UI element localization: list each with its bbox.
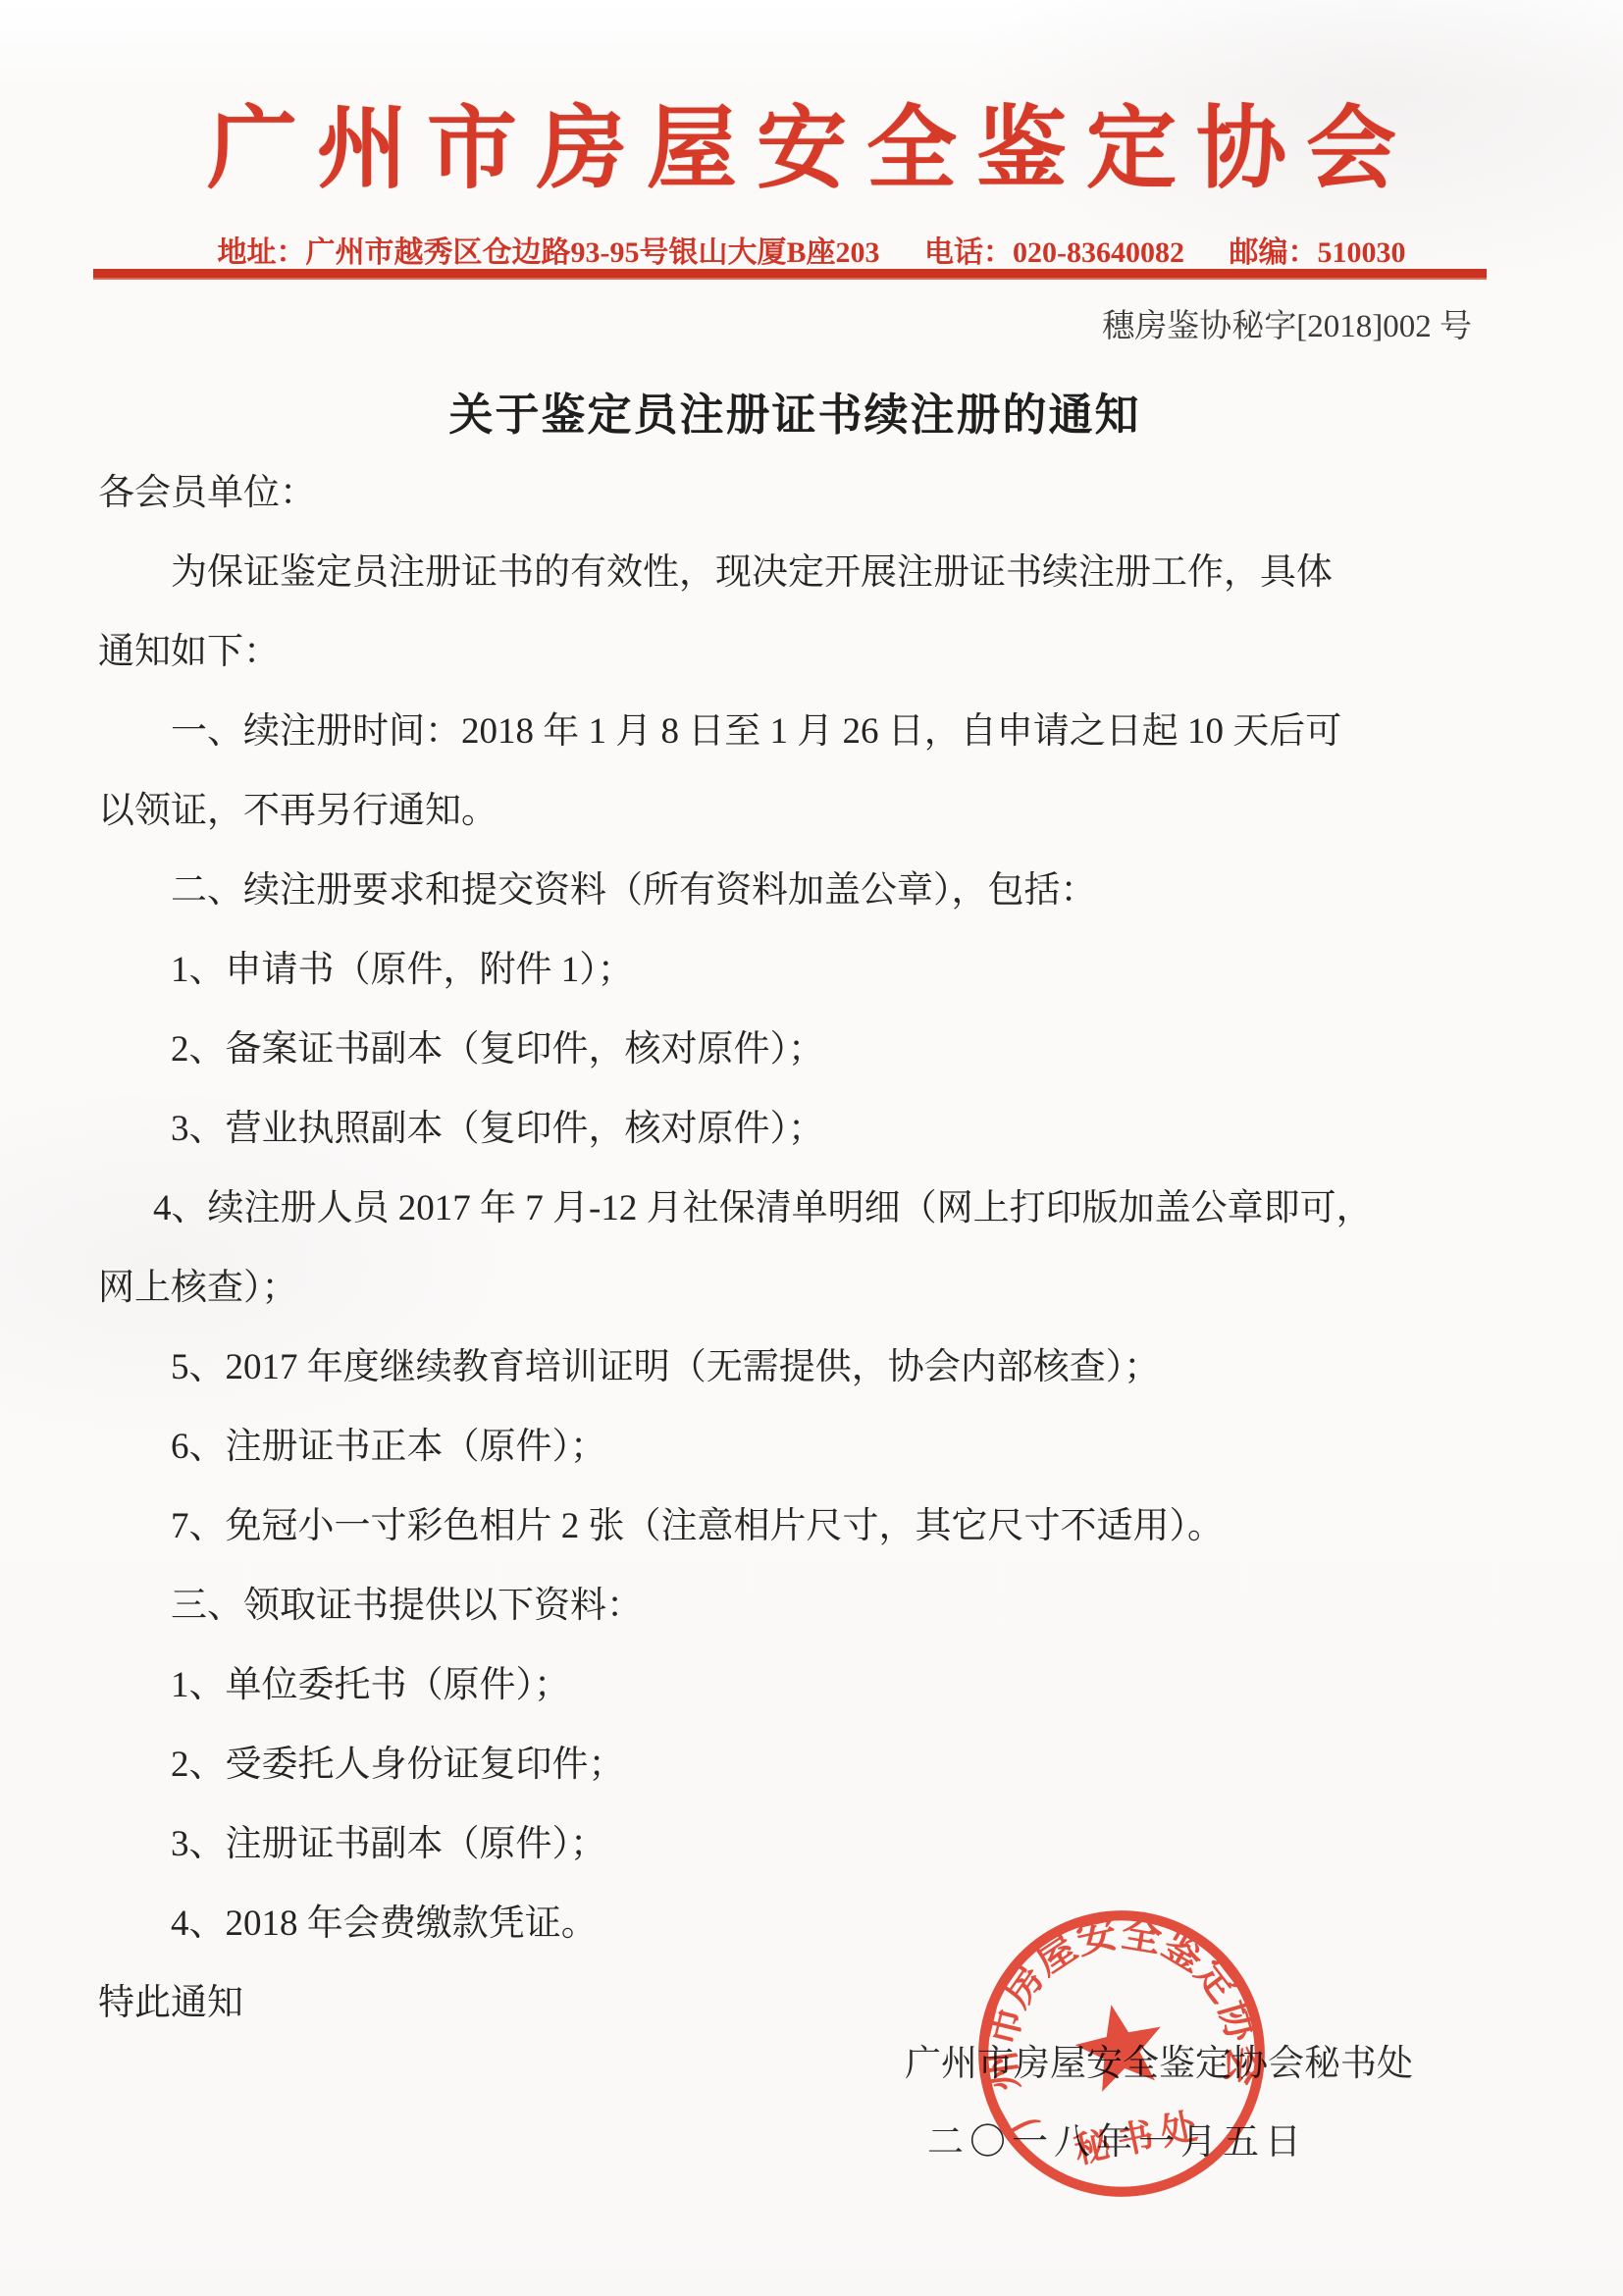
body-line: 5、2017 年度继续教育培训证明（无需提供，协会内部核查）； [98,1328,1492,1407]
body-line: 3、营业执照副本（复印件，核对原件）； [98,1089,1492,1169]
body-line: 1、单位委托书（原件）； [98,1645,1492,1725]
body-line: 4、2018 年会费缴款凭证。 [98,1884,1492,1963]
body-line: 1、申请书（原件，附件 1）； [98,930,1492,1010]
body-line: 4、续注册人员 2017 年 7 月-12 月社保清单明细（网上打印版加盖公章即… [98,1169,1492,1248]
letterhead-divider-rule [93,269,1487,280]
body-line: 一、续注册时间：2018 年 1 月 8 日至 1 月 26 日，自申请之日起 … [98,692,1492,771]
seal-bottom-text: 秘书处 [1071,2105,1208,2171]
body-line: 二、续注册要求和提交资料（所有资料加盖公章），包括： [98,851,1492,930]
body-line: 以领证，不再另行通知。 [98,771,1492,851]
body-line: 7、免冠小一寸彩色相片 2 张（注意相片尺寸，其它尺寸不适用）。 [98,1487,1492,1566]
official-seal: 广州市房屋安全鉴定协会 秘书处 [944,1876,1300,2232]
letterhead-phone: 电话：020-83640082 [924,228,1184,271]
closing-phrase: 特此通知 [98,1963,1492,2043]
body-line: 2、备案证书副本（复印件，核对原件）； [98,1010,1492,1089]
salutation: 各会员单位： [98,453,1492,533]
letterhead-contact-line: 地址：广州市越秀区仓边路93-95号银山大厦B座203 电话：020-83640… [0,228,1623,271]
doc-number: 穗房鉴协秘字[2018]002 号 [0,300,1472,346]
scanned-notice-page: { "letterhead": { "org_name": "广州市房屋安全鉴定… [0,0,1623,2296]
body-line: 网上核查）； [98,1248,1492,1328]
body-line: 三、领取证书提供以下资料： [98,1566,1492,1645]
letterhead-address: 地址：广州市越秀区仓边路93-95号银山大厦B座203 [218,228,880,271]
body-line: 2、受委托人身份证复印件； [98,1725,1492,1804]
body-line: 为保证鉴定员注册证书的有效性，现决定开展注册证书续注册工作，具体 [98,533,1492,612]
letterhead-postcode: 邮编：510030 [1230,228,1406,271]
seal-star-icon [1069,1996,1172,2096]
letterhead-org-name: 广州市房屋安全鉴定协会 [0,77,1623,206]
body-line: 3、注册证书副本（原件）； [98,1804,1492,1884]
doc-title: 关于鉴定员注册证书续注册的通知 [98,379,1492,443]
doc-body: 各会员单位： 为保证鉴定员注册证书的有效性，现决定开展注册证书续注册工作，具体 … [98,453,1492,2043]
body-line: 6、注册证书正本（原件）； [98,1407,1492,1487]
body-line: 通知如下： [98,612,1492,692]
